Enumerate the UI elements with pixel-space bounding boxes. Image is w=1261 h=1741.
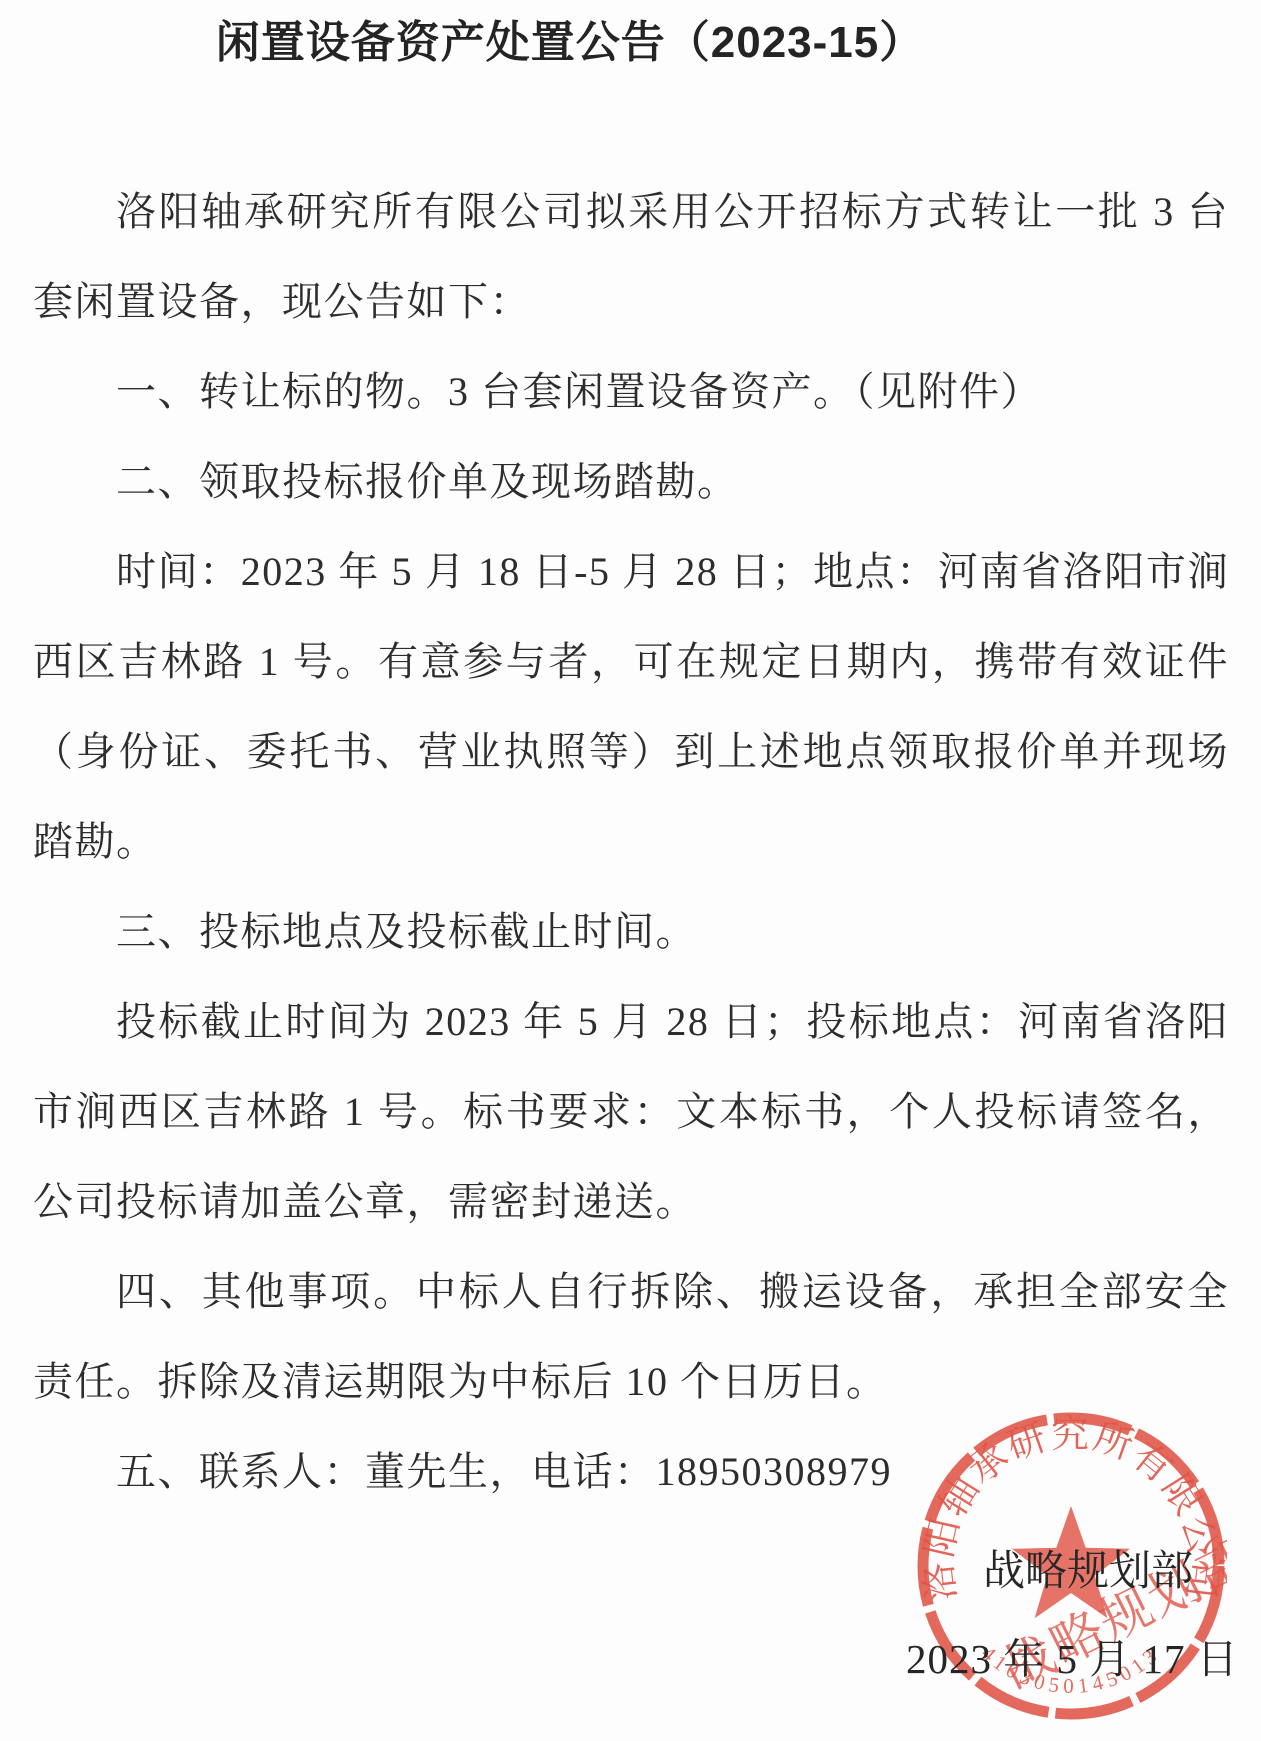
paragraph: 投标截止时间为 2023 年 5 月 28 日；投标地点：河南省洛阳市涧西区吉林… <box>33 977 1229 1247</box>
document-page: 闲置设备资产处置公告（2023-15） 洛阳轴承研究所有限公司拟采用公开招标方式… <box>0 0 1261 1741</box>
paragraph: 时间：2023 年 5 月 18 日-5 月 28 日；地点：河南省洛阳市涧西区… <box>33 527 1229 887</box>
paragraph: 四、其他事项。中标人自行拆除、搬运设备，承担全部安全责任。拆除及清运期限为中标后… <box>33 1247 1229 1427</box>
document-body: 洛阳轴承研究所有限公司拟采用公开招标方式转让一批 3 台套闲置设备，现公告如下：… <box>33 167 1229 1517</box>
paragraph: 洛阳轴承研究所有限公司拟采用公开招标方式转让一批 3 台套闲置设备，现公告如下： <box>33 167 1229 347</box>
signature-date: 2023 年 5 月 17 日 <box>906 1626 1239 1685</box>
paragraph: 一、转让标的物。3 台套闲置设备资产。（见附件） <box>33 347 1229 437</box>
paragraph: 三、投标地点及投标截止时间。 <box>33 887 1229 977</box>
paragraph: 二、领取投标报价单及现场踏勘。 <box>33 437 1229 527</box>
document-title: 闲置设备资产处置公告（2023-15） <box>0 0 1140 70</box>
signature-department: 战略规划部 <box>983 1538 1193 1598</box>
